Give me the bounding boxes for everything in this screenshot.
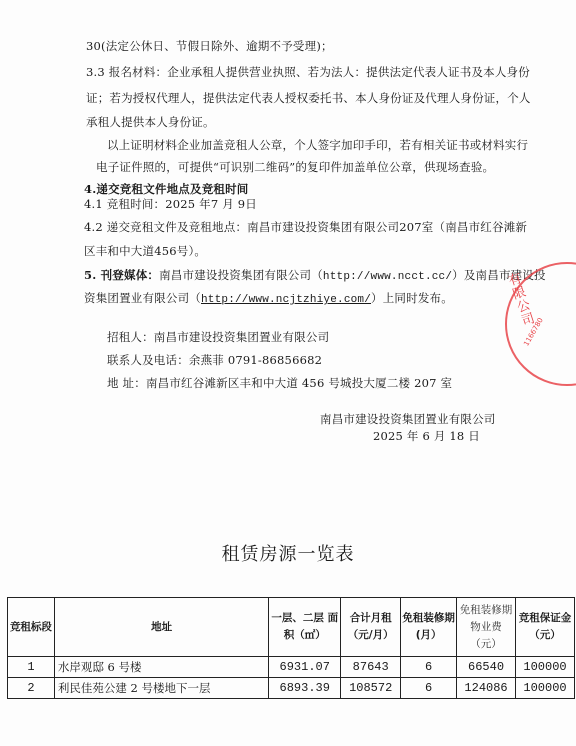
section-5-label: 5. 刊登媒体： (84, 268, 159, 282)
cell-deposit: 100000 (516, 657, 575, 678)
section-4-1-bid-time: 4.1 竞租时间：2025 年7 月 9日 (84, 197, 257, 211)
rental-listing-table: 竞租标段 地址 一层、二层 面积（㎡） 合计月租 （元/月） 免租装修期 (月）… (7, 597, 575, 699)
header-area: 一层、二层 面积（㎡） (269, 598, 341, 657)
contact-person-line: 联系人及电话：余燕菲 0791-86856682 (107, 353, 322, 367)
table-header-row: 竞租标段 地址 一层、二层 面积（㎡） 合计月租 （元/月） 免租装修期 (月）… (8, 598, 575, 657)
signature-company: 南昌市建设投资集团置业有限公司 (320, 412, 496, 426)
cell-free-months: 6 (401, 678, 457, 699)
cell-lot: 1 (8, 657, 55, 678)
cell-property-fee: 66540 (457, 657, 516, 678)
header-deposit: 竞租保证金 （元） (516, 598, 575, 657)
section-4-2-line-1: 4.2 递交竞租文件及竞租地点：南昌市建设投资集团有限公司207室（南昌市红谷滩… (84, 220, 527, 234)
header-address: 地址 (54, 598, 268, 657)
cell-address: 水岸观邸 6 号楼 (54, 657, 268, 678)
cell-deposit: 100000 (516, 678, 575, 699)
section-5-text-3: 资集团置业有限公司（ (84, 291, 201, 305)
section-5-line-2: 资集团置业有限公司（http://www.ncjtzhiye.com/）上同时发… (84, 291, 453, 307)
table-title: 租赁房源一览表 (0, 540, 576, 566)
ncjtzhiye-link[interactable]: http://www.ncjtzhiye.com/ (201, 294, 371, 306)
header-lot: 竞租标段 (8, 598, 55, 657)
section-5-text-1: 南昌市建设投资集团有限公司（ (159, 268, 323, 282)
section-3-3-text-1: 报名材料：企业承租人提供营业执照、若为法人：提供法定代表人证书及本人身份 (109, 65, 530, 79)
header-free-months: 免租装修期 (月） (401, 598, 457, 657)
section-3-3-line-1: 3.3 报名材料：企业承租人提供营业执照、若为法人：提供法定代表人证书及本人身份 (86, 65, 530, 79)
table-row: 1 水岸观邸 6 号楼 6931.07 87643 6 66540 100000 (8, 657, 575, 678)
section-4-heading: 4.递交竞租文件地点及竞租时间 (84, 182, 249, 196)
header-monthly-rent: 合计月租 （元/月） (341, 598, 401, 657)
address-line: 地 址：南昌市红谷滩新区丰和中大道 456 号城投大厦二楼 207 室 (107, 376, 452, 390)
ncct-link[interactable]: http://www.ncct.cc/ (323, 271, 452, 283)
cell-lot: 2 (8, 678, 55, 699)
section-3-3-line-2: 证；若为授权代理人，提供法定代表人授权委托书、本人身份证及代理人身份证，个人 (86, 91, 531, 105)
signature-date: 2025 年 6 月 18 日 (373, 429, 480, 443)
cell-property-fee: 124086 (457, 678, 516, 699)
section-5-text-4: ）上同时发布。 (371, 291, 453, 305)
cell-free-months: 6 (401, 657, 457, 678)
header-property-fee: 免租装修期 物业费 （元） (457, 598, 516, 657)
materials-note-line-1: 以上证明材料企业加盖竞租人公章，个人签字加印手印，若有相关证书或材料实行 (107, 138, 528, 152)
section-4-2-line-2: 区丰和中大道456号）。 (84, 244, 206, 258)
section-5-line-1: 5. 刊登媒体：南昌市建设投资集团有限公司（http://www.ncct.cc… (84, 268, 546, 284)
cell-address: 利民佳苑公建 2 号楼地下一层 (54, 678, 268, 699)
table-row: 2 利民佳苑公建 2 号楼地下一层 6893.39 108572 6 12408… (8, 678, 575, 699)
materials-note-line-2: 电子证件照的，可提供“可识别二维码”的复印件加盖单位公章，供现场查验。 (96, 160, 494, 174)
cell-monthly-rent: 108572 (341, 678, 401, 699)
section-3-3-label: 3.3 (86, 65, 105, 79)
section-3-3-line-3: 承租人提供本人身份证。 (86, 115, 215, 129)
cell-area: 6893.39 (269, 678, 341, 699)
cell-monthly-rent: 87643 (341, 657, 401, 678)
cell-area: 6931.07 (269, 657, 341, 678)
lessor-line: 招租人：南昌市建设投资集团置业有限公司 (107, 330, 329, 344)
deadline-note: 30(法定公休日、节假日除外、逾期不予受理)； (86, 39, 333, 53)
